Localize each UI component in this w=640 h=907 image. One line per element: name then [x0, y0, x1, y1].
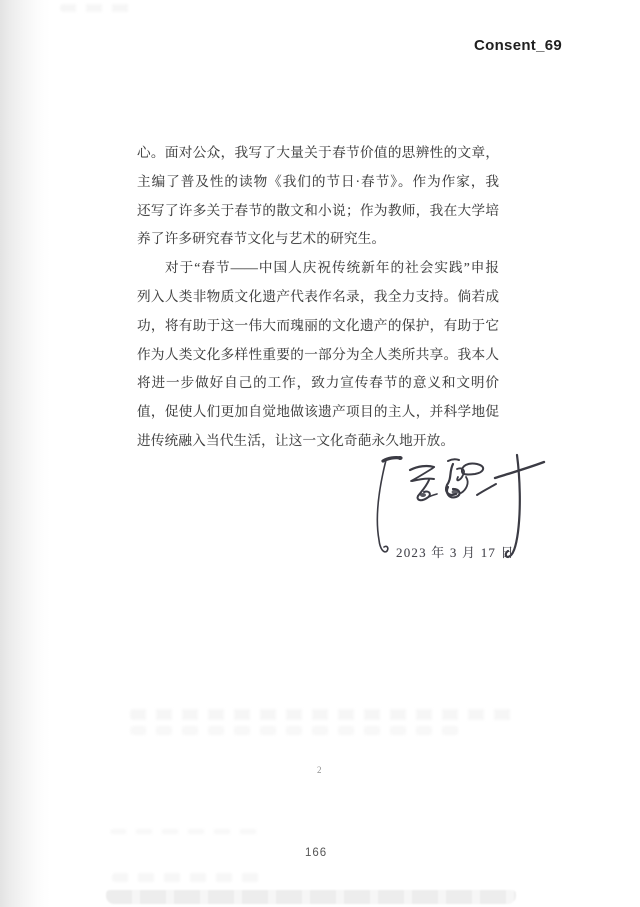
scan-bottom-band: [106, 890, 516, 904]
signature-date: 2023 年 3 月 17 日: [396, 542, 515, 561]
document-id-label: Consent_69: [474, 37, 562, 54]
text-line: 列入人类非物质文化遗产代表作名录，我全力支持。倘若成: [137, 283, 499, 312]
text-line: 将进一步做好自己的工作，致力宣传春节的意义和文明价: [137, 369, 499, 398]
text-line: 还写了许多关于春节的散文和小说；作为教师，我在大学培: [137, 197, 499, 226]
bleed-through-specks: [110, 829, 260, 834]
bleed-through-row-2: [130, 726, 460, 735]
inner-page-number: 2: [317, 765, 322, 775]
text-line: 主编了普及性的读物《我们的节日·春节》。作为作家，我: [137, 168, 499, 197]
footer-page-number: 166: [305, 847, 327, 859]
scan-left-edge-shadow: [0, 0, 52, 907]
bleed-through-row-3: [112, 873, 262, 882]
text-line: 养了许多研究春节文化与艺术的研究生。: [137, 225, 499, 254]
letter-body-text: 心。面对公众，我写了大量关于春节价值的思辨性的文章， 主编了普及性的读物《我们的…: [137, 139, 499, 456]
bleed-through-top: [60, 4, 130, 12]
text-line: 值，促使人们更加自觉地做该遗产项目的主人，并科学地促: [137, 398, 499, 427]
text-line: 进传统融入当代生活，让这一文化奇葩永久地开放。: [137, 427, 499, 456]
bleed-through-row-1: [130, 709, 512, 720]
text-line: 心。面对公众，我写了大量关于春节价值的思辨性的文章，: [137, 139, 499, 168]
scanned-document-page: Consent_69 心。面对公众，我写了大量关于春节价值的思辨性的文章， 主编…: [0, 0, 640, 907]
text-line: 作为人类文化多样性重要的一部分为全人类所共享。我本人: [137, 341, 499, 370]
text-line: 功，将有助于这一伟大而瑰丽的文化遗产的保护，有助于它: [137, 312, 499, 341]
text-line: 对于“春节——中国人庆祝传统新年的社会实践”申报: [137, 254, 499, 283]
